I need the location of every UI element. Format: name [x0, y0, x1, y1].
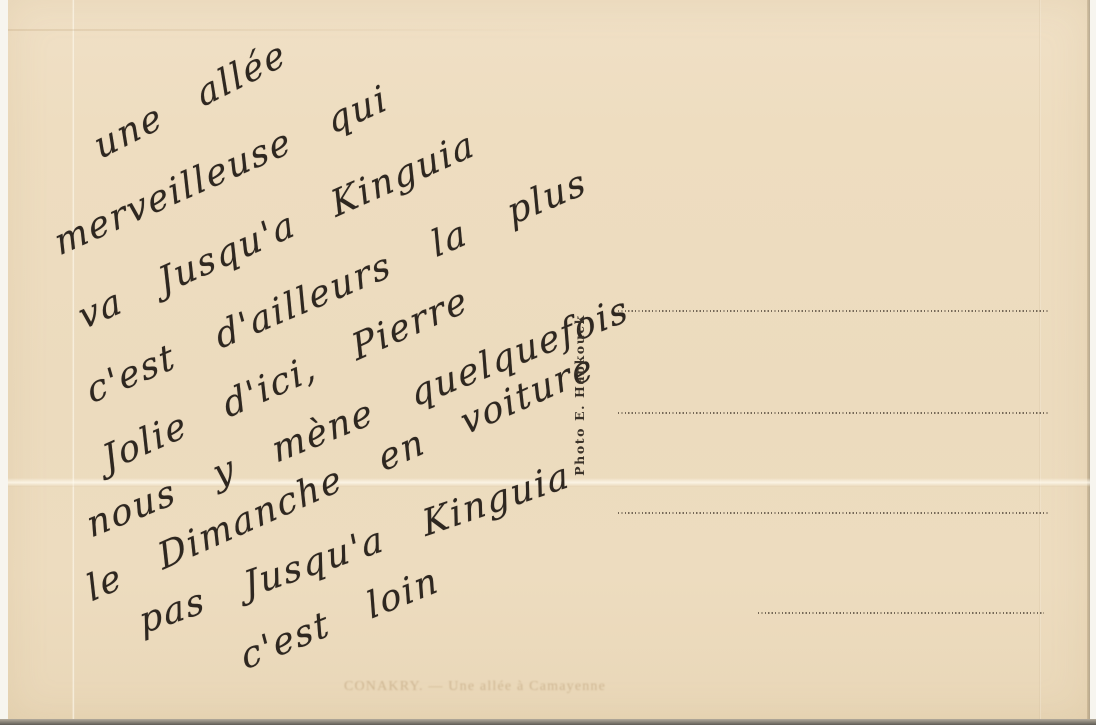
address-dotted-line: [618, 512, 1048, 514]
card-bottom-edge-shadow: [0, 719, 1096, 725]
vertical-crease-left: [72, 0, 75, 720]
top-impression-line: [8, 29, 568, 31]
address-dotted-line: [758, 612, 1044, 614]
photographer-credit: Photo E. Habkouck: [572, 311, 588, 479]
address-dotted-line: [618, 412, 1048, 414]
postcard-scan: une allée merveilleuse qui va Jusqu'a Ki…: [0, 0, 1096, 725]
address-dotted-line: [618, 310, 1050, 312]
caption-showthrough: CONAKRY. — Une allée à Camayenne: [215, 679, 735, 695]
card-right-edge: [1087, 0, 1090, 720]
